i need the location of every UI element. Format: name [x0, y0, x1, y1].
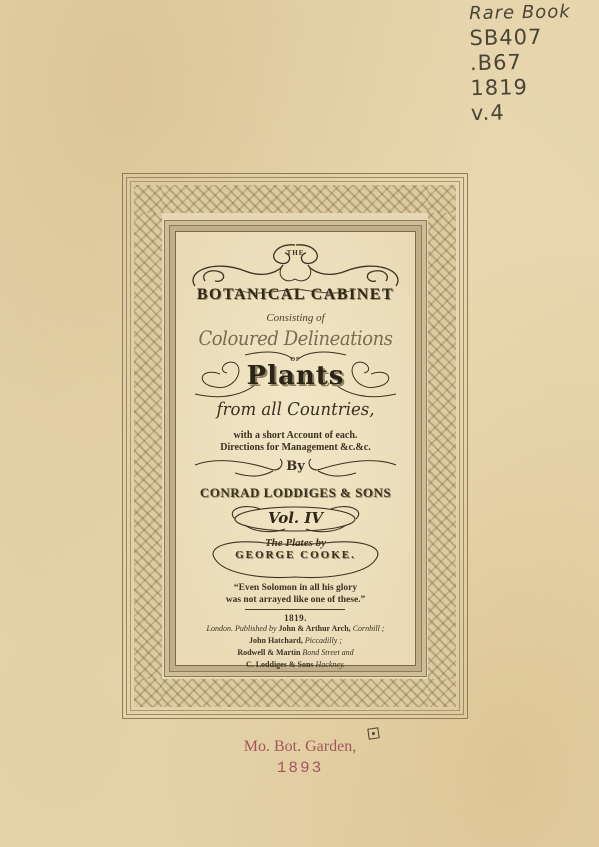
- library-stamp-name: Mo. Bot. Garden,: [210, 738, 390, 756]
- by-label: By: [175, 459, 416, 474]
- call-number-line: .B67: [470, 49, 595, 76]
- publisher-place: Piccadilly ;: [305, 636, 342, 645]
- publisher-name: Rodwell & Martin: [237, 648, 300, 657]
- publisher-place: Hackney.: [316, 660, 346, 669]
- imprint-line: Rodwell & Martin Bond Street and: [175, 648, 416, 657]
- volume-label: Vol. IV: [175, 509, 416, 527]
- subtitle-coloured-delineations: Coloured Delineations: [187, 326, 404, 350]
- engraver-name: GEORGE COOKE.: [175, 549, 416, 561]
- description-account: with a short Account of each.: [175, 430, 416, 441]
- author-name: CONRAD LODDIGES & SONS: [175, 485, 416, 501]
- epigraph-line: was not arrayed like one of these.”: [175, 595, 416, 605]
- epigraph-line: “Even Solomon in all his glory: [175, 583, 416, 593]
- call-number: Rare Book SB407 .B67 1819 v.4: [469, 0, 596, 126]
- divider-rule: [245, 609, 345, 610]
- publisher-name: John Hatchard,: [249, 636, 303, 645]
- description-directions: Directions for Management &c.&c.: [175, 442, 416, 453]
- subtitle-countries: from all Countries,: [185, 399, 407, 420]
- imprint-line: C. Loddiges & Sons Hackney.: [175, 660, 416, 669]
- imprint-prefix: London. Published by: [207, 624, 277, 633]
- imprint-year: 1819.: [175, 613, 416, 623]
- subtitle-plants: Plants: [175, 361, 416, 391]
- call-number-line: Rare Book: [469, 0, 594, 26]
- library-stamp-year: 1893: [210, 759, 390, 777]
- plates-by-label: The Plates by: [175, 537, 416, 549]
- call-number-line: SB407: [469, 24, 594, 51]
- call-number-line: 1819: [470, 74, 595, 101]
- main-title: BOTANICAL CABINET: [175, 286, 416, 304]
- publisher-place: Cornhill ;: [353, 624, 385, 633]
- call-number-line: v.4: [471, 99, 596, 126]
- imprint-line: London. Published by John & Arthur Arch,…: [175, 624, 416, 633]
- imprint-conjunction: and: [342, 648, 354, 657]
- title-the: THE: [175, 249, 416, 257]
- imprint-line: John Hatchard, Piccadilly ;: [175, 636, 416, 645]
- publisher-name: John & Arthur Arch,: [279, 624, 351, 633]
- publisher-name: C. Loddiges & Sons: [246, 660, 314, 669]
- publisher-place: Bond Street: [302, 648, 339, 657]
- subtitle-consisting: Consisting of: [175, 312, 416, 324]
